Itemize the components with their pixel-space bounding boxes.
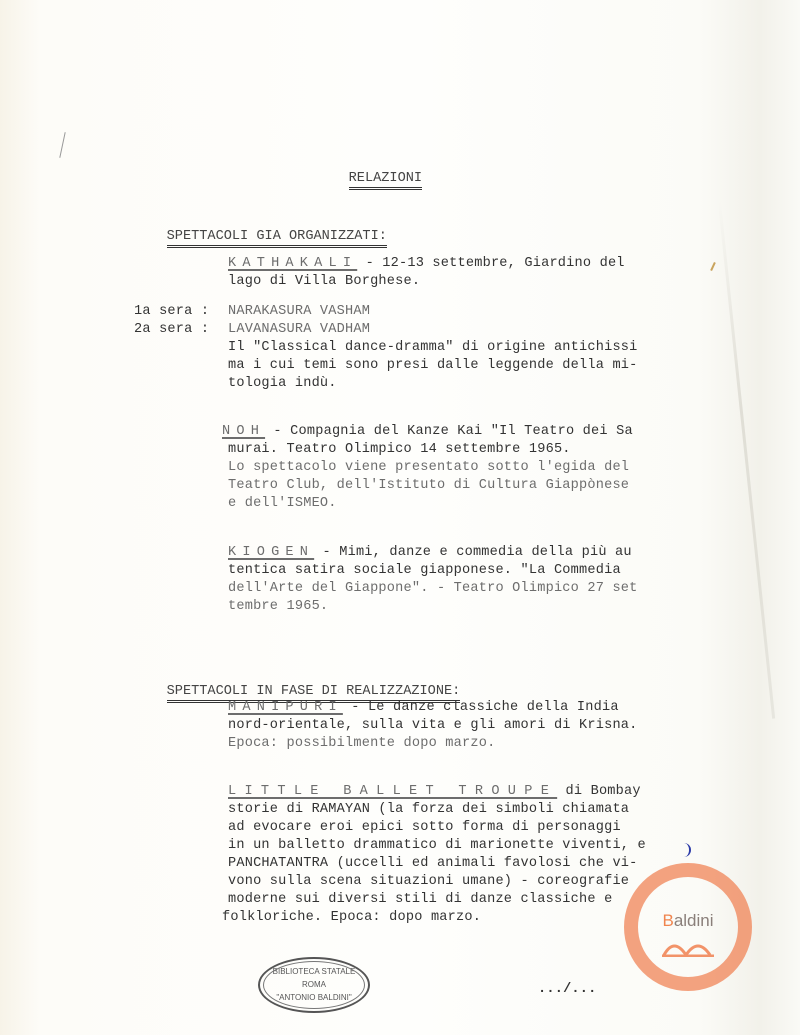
entry-description: ma i cui temi sono presi dalle leggende …: [228, 357, 638, 375]
paper-fold: [718, 201, 775, 718]
entry-name: MANIPURI: [228, 700, 343, 715]
entry-line: Epoca: possibilmente dopo marzo.: [228, 735, 495, 753]
entry-line: lago di Villa Borghese.: [228, 273, 420, 291]
entry-kiogen: KIOGEN - Mimi, danze e commedia della pi…: [228, 544, 632, 562]
entry-line: storie di RAMAYAN (la forza dei simboli …: [228, 801, 629, 819]
scanned-page: RELAZIONI SPETTACOLI GIA ORGANIZZATI: KA…: [0, 0, 800, 1035]
entry-line: tembre 1965.: [228, 598, 328, 616]
entry-line: tentica satira sociale giapponese. "La C…: [228, 562, 621, 580]
entry-line: vono sulla scena situazioni umane) - cor…: [228, 873, 629, 891]
watermark-text: aldini: [674, 911, 714, 930]
entry-description: tologia indù.: [228, 375, 337, 393]
baldini-watermark: Baldini: [624, 863, 752, 991]
evening-2-title: LAVANASURA VADHAM: [228, 321, 370, 339]
entry-line: PANCHATANTRA (uccelli ed animali favolos…: [228, 855, 638, 873]
entry-name: KIOGEN: [228, 545, 314, 560]
book-logo-icon: [660, 937, 716, 957]
entry-line: in un balletto drammatico di marionette …: [228, 837, 646, 855]
section-heading-text: SPETTACOLI GIA ORGANIZZATI:: [167, 229, 387, 248]
entry-line: ad evocare eroi epici sotto forma di per…: [228, 819, 621, 837]
entry-name: KATHAKALI: [228, 256, 357, 271]
evening-1-label: 1a sera :: [134, 303, 209, 321]
margin-scratch: [59, 132, 65, 158]
entry-kathakali: KATHAKALI - 12-13 settembre, Giardino de…: [228, 255, 625, 273]
watermark-label: Baldini: [638, 911, 738, 931]
library-stamp: BIBLIOTECA STATALE ROMA "ANTONIO BALDINI…: [258, 957, 370, 1013]
entry-line: nord-orientale, sulla vita e gli amori d…: [228, 717, 638, 735]
entry-little-ballet-troupe: LITTLE BALLET TROUPE di Bombay: [228, 783, 641, 801]
entry-name: LITTLE BALLET TROUPE: [228, 784, 557, 799]
entry-line: - Mimi, danze e commedia della più au: [314, 545, 632, 560]
entry-line: di Bombay: [557, 784, 641, 799]
entry-line: e dell'ISMEO.: [228, 495, 337, 513]
watermark-accent: B: [662, 911, 673, 930]
entry-line: Teatro Club, dell'Istituto di Cultura Gi…: [228, 477, 629, 495]
entry-noh: NOH - Compagnia del Kanze Kai "Il Teatro…: [222, 423, 633, 441]
page-title-text: RELAZIONI: [349, 171, 422, 190]
entry-line: Lo spettacolo viene presentato sotto l'e…: [228, 459, 629, 477]
evening-2-label: 2a sera :: [134, 321, 209, 339]
stamp-inner-ring: [263, 961, 365, 1009]
margin-tick: [710, 262, 716, 271]
entry-manipuri: MANIPURI - Le danze classiche della Indi…: [228, 699, 619, 717]
evening-1-title: NARAKASURA VASHAM: [228, 303, 370, 321]
entry-line: - 12-13 settembre, Giardino del: [357, 256, 624, 271]
entry-line: - Compagnia del Kanze Kai "Il Teatro dei…: [265, 424, 633, 439]
entry-line: dell'Arte del Giappone". - Teatro Olimpi…: [228, 580, 638, 598]
entry-line: - Le danze classiche della India: [343, 700, 619, 715]
entry-name: NOH: [222, 424, 265, 439]
entry-line: moderne sui diversi stili di danze class…: [228, 891, 612, 909]
continuation-marker: .../...: [538, 981, 597, 999]
entry-description: Il "Classical dance-dramma" di origine a…: [228, 339, 638, 357]
entry-line: murai. Teatro Olimpico 14 settembre 1965…: [228, 441, 571, 459]
ink-correction-mark: [683, 843, 691, 857]
page-title: RELAZIONI: [316, 152, 422, 206]
entry-line: folkloriche. Epoca: dopo marzo.: [222, 909, 481, 927]
